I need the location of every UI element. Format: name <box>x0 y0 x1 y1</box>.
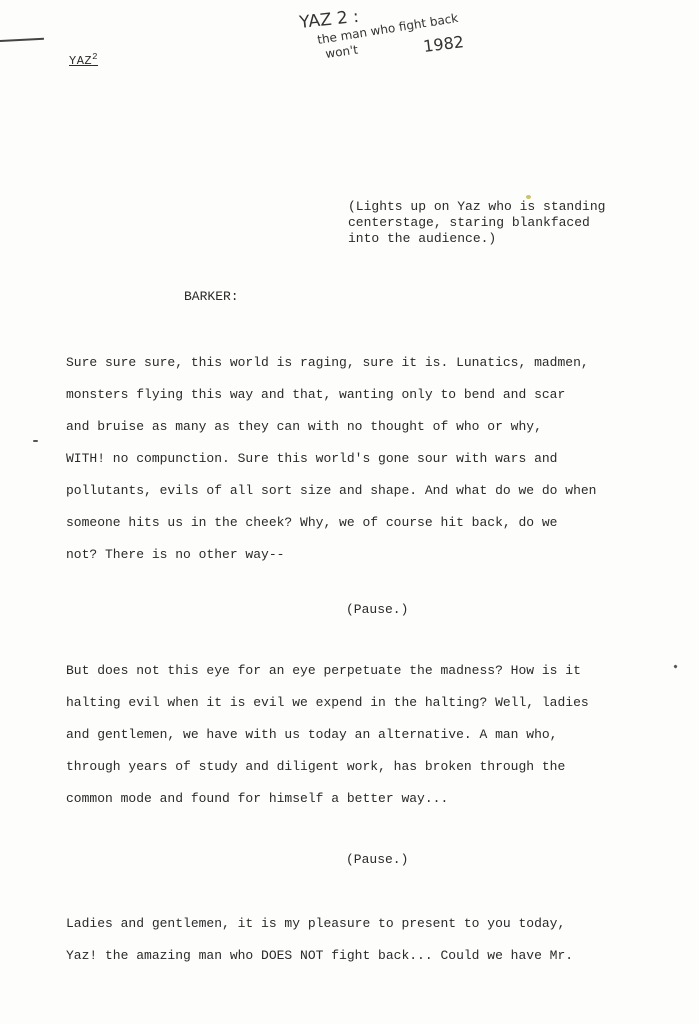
margin-pen-mark <box>0 38 44 42</box>
pause-direction-2: (Pause.) <box>346 852 408 867</box>
dialogue-paragraph-3: Ladies and gentlemen, it is my pleasure … <box>66 908 626 972</box>
handwritten-note: YAZ 2 : the man who fight back won't 198… <box>296 6 496 76</box>
script-page: YAZ2 YAZ 2 : the man who fight back won'… <box>0 0 699 1024</box>
handwritten-line-3: won't <box>324 43 359 61</box>
paper-speck <box>33 440 38 442</box>
title-superscript: 2 <box>92 52 98 62</box>
page-title: YAZ2 <box>69 52 98 68</box>
handwritten-line-4: 1982 <box>422 32 465 56</box>
pause-direction-1: (Pause.) <box>346 602 408 617</box>
dialogue-paragraph-1: Sure sure sure, this world is raging, su… <box>66 347 626 571</box>
dialogue-paragraph-2: But does not this eye for an eye perpetu… <box>66 655 626 815</box>
speaker-name: BARKER: <box>184 289 239 304</box>
title-text: YAZ <box>69 54 92 68</box>
paper-speck <box>673 664 677 668</box>
stage-direction: (Lights up on Yaz who is standing center… <box>348 199 605 247</box>
